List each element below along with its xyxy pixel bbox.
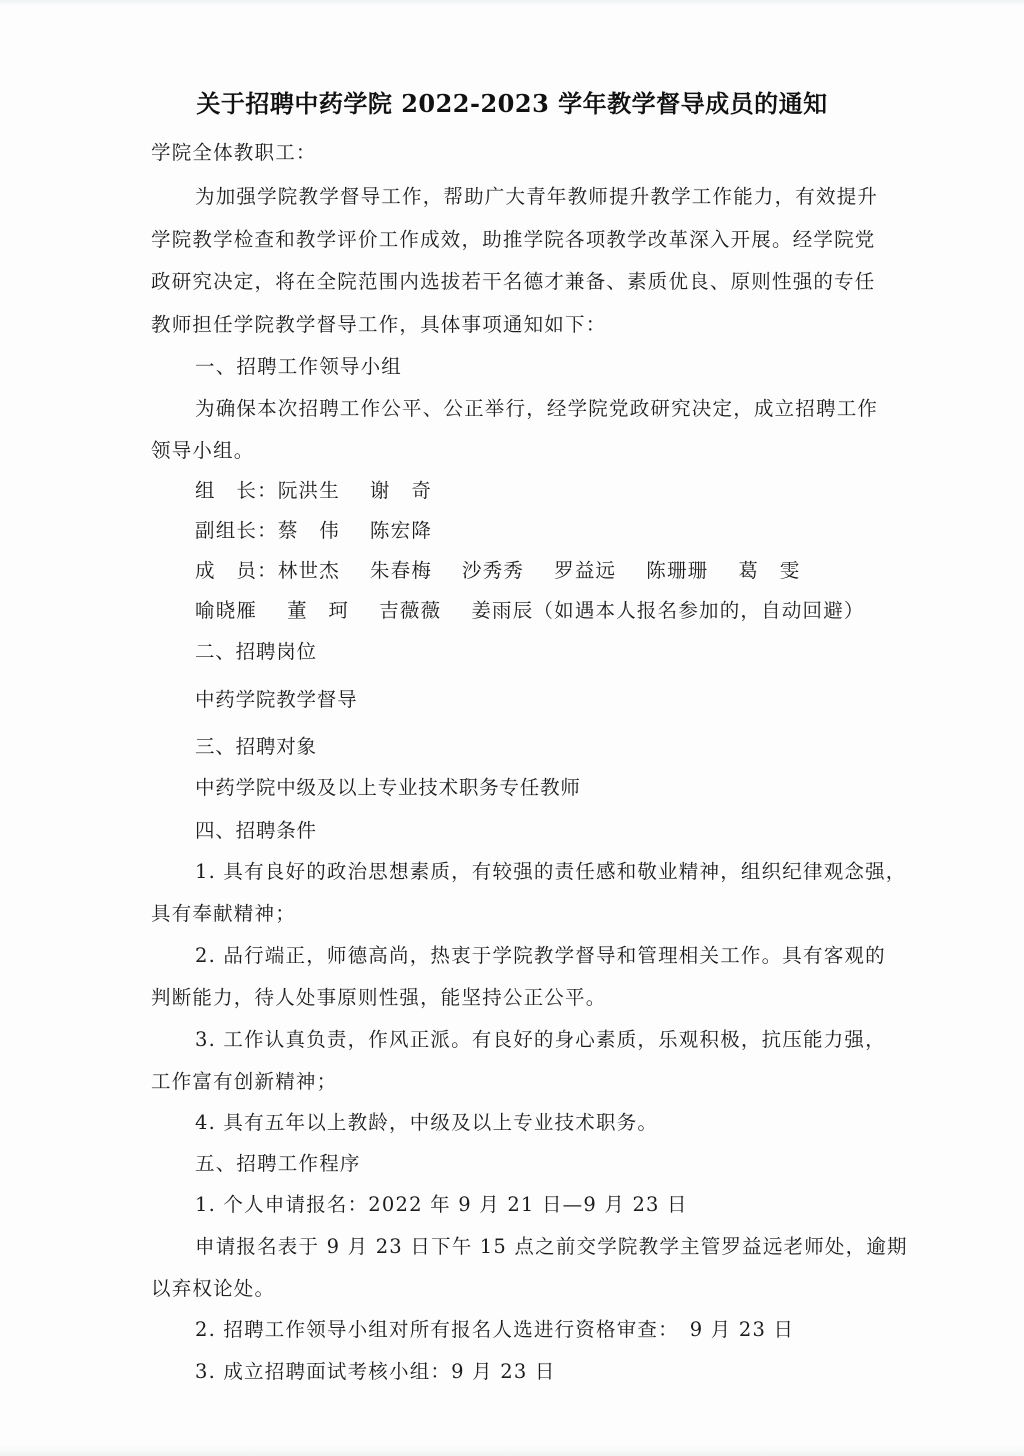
member-name: 沙秀秀: [462, 555, 524, 583]
scan-edge: [0, 1446, 1024, 1456]
deputies-label: 副组长：: [195, 515, 278, 543]
member-name: 林世杰: [278, 555, 340, 583]
section-heading-4: 四、招聘条件: [195, 815, 317, 843]
leaders-label: 组 长：: [195, 475, 278, 503]
section-heading-2: 二、招聘岗位: [195, 636, 317, 664]
section-heading-3: 三、招聘对象: [195, 731, 317, 759]
procedure-step: 2. 招聘工作领导小组对所有报名人选进行资格审查： 9 月 23 日: [195, 1314, 794, 1342]
member-name: 喻晓雁: [195, 595, 257, 623]
intro-line: 教师担任学院教学督导工作，具体事项通知如下：: [151, 309, 606, 337]
deputy-name: 蔡 伟: [278, 515, 340, 543]
condition-item-cont: 判断能力，待人处事原则性强，能坚持公正公平。: [151, 982, 606, 1010]
leader-name: 阮洪生: [278, 475, 340, 503]
condition-item: 4. 具有五年以上教龄，中级及以上专业技术职务。: [195, 1107, 658, 1135]
document-title: 关于招聘中药学院 2022-2023 学年教学督导成员的通知: [0, 84, 1024, 119]
section1-body-line: 领导小组。: [151, 435, 255, 463]
condition-item-cont: 工作富有创新精神；: [151, 1066, 337, 1094]
section1-body-line: 为确保本次招聘工作公平、公正举行，经学院党政研究决定，成立招聘工作: [195, 393, 878, 421]
procedure-note-cont: 以弃权论处。: [151, 1273, 275, 1301]
leaders-row: 组 长：阮洪生谢 奇: [195, 475, 432, 503]
section2-body: 中药学院教学督导: [195, 684, 357, 712]
member-name: 董 珂: [287, 595, 349, 623]
member-name: 葛 雯: [738, 555, 800, 583]
section-heading-5: 五、招聘工作程序: [195, 1148, 361, 1176]
procedure-note: 申请报名表于 9 月 23 日下午 15 点之前交学院教学主管罗益远老师处，逾期: [195, 1231, 908, 1259]
members-row: 成 员：林世杰朱春梅沙秀秀罗益远陈珊珊葛 雯: [195, 555, 800, 583]
condition-item: 2. 品行端正，师德高尚，热衷于学院教学督导和管理相关工作。具有客观的: [195, 940, 886, 968]
members-row: 喻晓雁董 珂吉薇薇姜雨辰（如遇本人报名参加的，自动回避）: [195, 595, 865, 623]
condition-item: 3. 工作认真负责，作风正派。有良好的身心素质，乐观积极，抗压能力强，: [195, 1024, 886, 1052]
member-name: 姜雨辰（如遇本人报名参加的，自动回避）: [471, 595, 864, 623]
intro-line: 学院教学检查和教学评价工作成效，助推学院各项教学改革深入开展。经学院党: [151, 224, 876, 252]
condition-item-cont: 具有奉献精神；: [151, 898, 296, 926]
procedure-step: 3. 成立招聘面试考核小组：9 月 23 日: [195, 1356, 556, 1384]
member-name: 陈珊珊: [646, 555, 708, 583]
scanned-document-page: 关于招聘中药学院 2022-2023 学年教学督导成员的通知 学院全体教职工： …: [0, 0, 1024, 1456]
salutation: 学院全体教职工：: [151, 137, 317, 165]
members-label: 成 员：: [195, 555, 278, 583]
deputy-name: 陈宏降: [370, 515, 432, 543]
condition-item: 1. 具有良好的政治思想素质，有较强的责任感和敬业精神，组织纪律观念强，: [195, 856, 907, 884]
section-heading-1: 一、招聘工作领导小组: [195, 351, 402, 379]
section3-body: 中药学院中级及以上专业技术职务专任教师: [195, 772, 581, 800]
leader-name: 谢 奇: [370, 475, 432, 503]
intro-line: 政研究决定，将在全院范围内选拔若干名德才兼备、素质优良、原则性强的专任: [151, 266, 876, 294]
member-name: 罗益远: [554, 555, 616, 583]
member-name: 朱春梅: [370, 555, 432, 583]
member-name: 吉薇薇: [379, 595, 441, 623]
scan-edge: [0, 0, 1024, 6]
procedure-step: 1. 个人申请报名：2022 年 9 月 21 日—9 月 23 日: [195, 1189, 688, 1217]
intro-line: 为加强学院教学督导工作，帮助广大青年教师提升教学工作能力，有效提升: [195, 181, 878, 209]
deputies-row: 副组长：蔡 伟陈宏降: [195, 515, 432, 543]
